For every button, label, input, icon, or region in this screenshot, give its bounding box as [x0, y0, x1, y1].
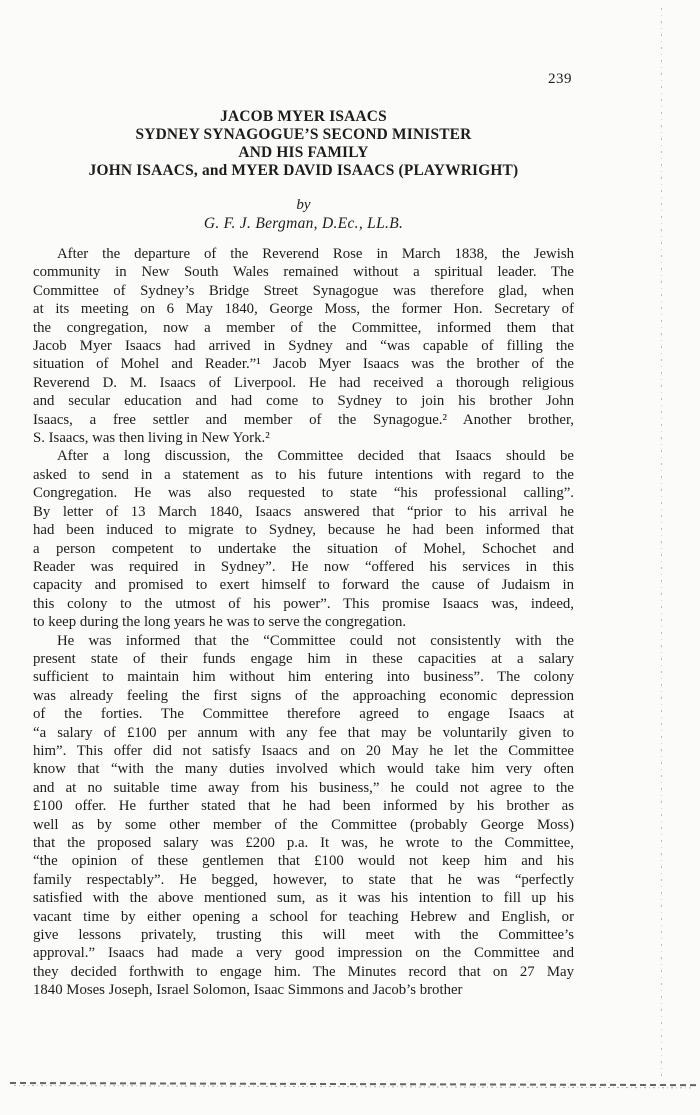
text-line: know that “with the many duties involved…: [33, 760, 574, 778]
text-column: 239 JACOB MYER ISAACS SYDNEY SYNAGOGUE’S…: [33, 0, 574, 1115]
text-line: present state of their funds engage him …: [33, 650, 574, 668]
paragraph: He was informed that the “Committee coul…: [33, 632, 574, 1000]
text-line: He was informed that the “Committee coul…: [33, 632, 574, 650]
text-line: By letter of 13 March 1840, Isaacs answe…: [33, 503, 574, 521]
text-line: him”. This offer did not satisfy Isaacs …: [33, 742, 574, 760]
text-line: vacant time by either opening a school f…: [33, 908, 574, 926]
text-line: sufficient to maintain him without him e…: [33, 668, 574, 686]
text-line: 1840 Moses Joseph, Israel Solomon, Isaac…: [33, 981, 574, 999]
text-line: Congregation. He was also requested to s…: [33, 484, 574, 502]
text-line: Isaacs, a free settler and member of the…: [33, 411, 574, 429]
paragraph: After the departure of the Reverend Rose…: [33, 245, 574, 447]
article-body: After the departure of the Reverend Rose…: [33, 245, 574, 1000]
text-line: family respectably”. He begged, however,…: [33, 871, 574, 889]
text-line: they decided forthwith to engage him. Th…: [33, 963, 574, 981]
text-line: S. Isaacs, was then living in New York.²: [33, 429, 574, 447]
text-line: a person competent to undertake the situ…: [33, 540, 574, 558]
text-line: this colony to the utmost of his power”.…: [33, 595, 574, 613]
scanned-journal-page: 239 JACOB MYER ISAACS SYDNEY SYNAGOGUE’S…: [0, 0, 700, 1115]
author-name: G. F. J. Bergman, D.Ec., LL.B.: [33, 215, 574, 233]
text-line: at its meeting on 6 May 1840, George Mos…: [33, 300, 574, 318]
text-line: “the opinion of these gentlemen that £10…: [33, 852, 574, 870]
text-line: After a long discussion, the Committee d…: [33, 447, 574, 465]
title-line-2: SYDNEY SYNAGOGUE’S SECOND MINISTER: [33, 126, 574, 144]
text-line: asked to send in a statement as to his f…: [33, 466, 574, 484]
paragraph: After a long discussion, the Committee d…: [33, 447, 574, 631]
text-line: well as by some other member of the Comm…: [33, 816, 574, 834]
title-line-3: AND HIS FAMILY: [33, 144, 574, 162]
text-line: Jacob Myer Isaacs had arrived in Sydney …: [33, 337, 574, 355]
text-line: satisfied with the above mentioned sum, …: [33, 889, 574, 907]
text-line: that the proposed salary was £200 p.a. I…: [33, 834, 574, 852]
text-line: and secular education and had come to Sy…: [33, 392, 574, 410]
text-line: approval.” Isaacs had made a very good i…: [33, 944, 574, 962]
text-line: Reader was required in Sydney”. He now “…: [33, 558, 574, 576]
byline: by: [33, 197, 574, 214]
text-line: of the forties. The Committee therefore …: [33, 705, 574, 723]
text-line: £100 offer. He further stated that he ha…: [33, 797, 574, 815]
text-line: situation of Mohel and Reader.”¹ Jacob M…: [33, 355, 574, 373]
text-line: Reverend D. M. Isaacs of Liverpool. He h…: [33, 374, 574, 392]
article-title: JACOB MYER ISAACS SYDNEY SYNAGOGUE’S SEC…: [33, 108, 574, 180]
text-line: to keep during the long years he was to …: [33, 613, 574, 631]
text-line: and at no suitable time away from his bu…: [33, 779, 574, 797]
text-line: After the departure of the Reverend Rose…: [33, 245, 574, 263]
page-number: 239: [548, 71, 572, 88]
text-line: “a salary of £100 per annum with any fee…: [33, 724, 574, 742]
text-line: Committee of Sydney’s Bridge Street Syna…: [33, 282, 574, 300]
text-line: was already feeling the first signs of t…: [33, 687, 574, 705]
title-line-1: JACOB MYER ISAACS: [33, 108, 574, 126]
scan-page-edge-artifact: [661, 8, 662, 1080]
title-line-4: JOHN ISAACS, and MYER DAVID ISAACS (PLAY…: [33, 162, 574, 180]
text-line: capacity and promised to exert himself t…: [33, 576, 574, 594]
text-line: had been induced to migrate to Sydney, b…: [33, 521, 574, 539]
text-line: community in New South Wales remained wi…: [33, 263, 574, 281]
text-line: the congregation, now a member of the Co…: [33, 319, 574, 337]
text-line: give lessons privately, trusting this wi…: [33, 926, 574, 944]
